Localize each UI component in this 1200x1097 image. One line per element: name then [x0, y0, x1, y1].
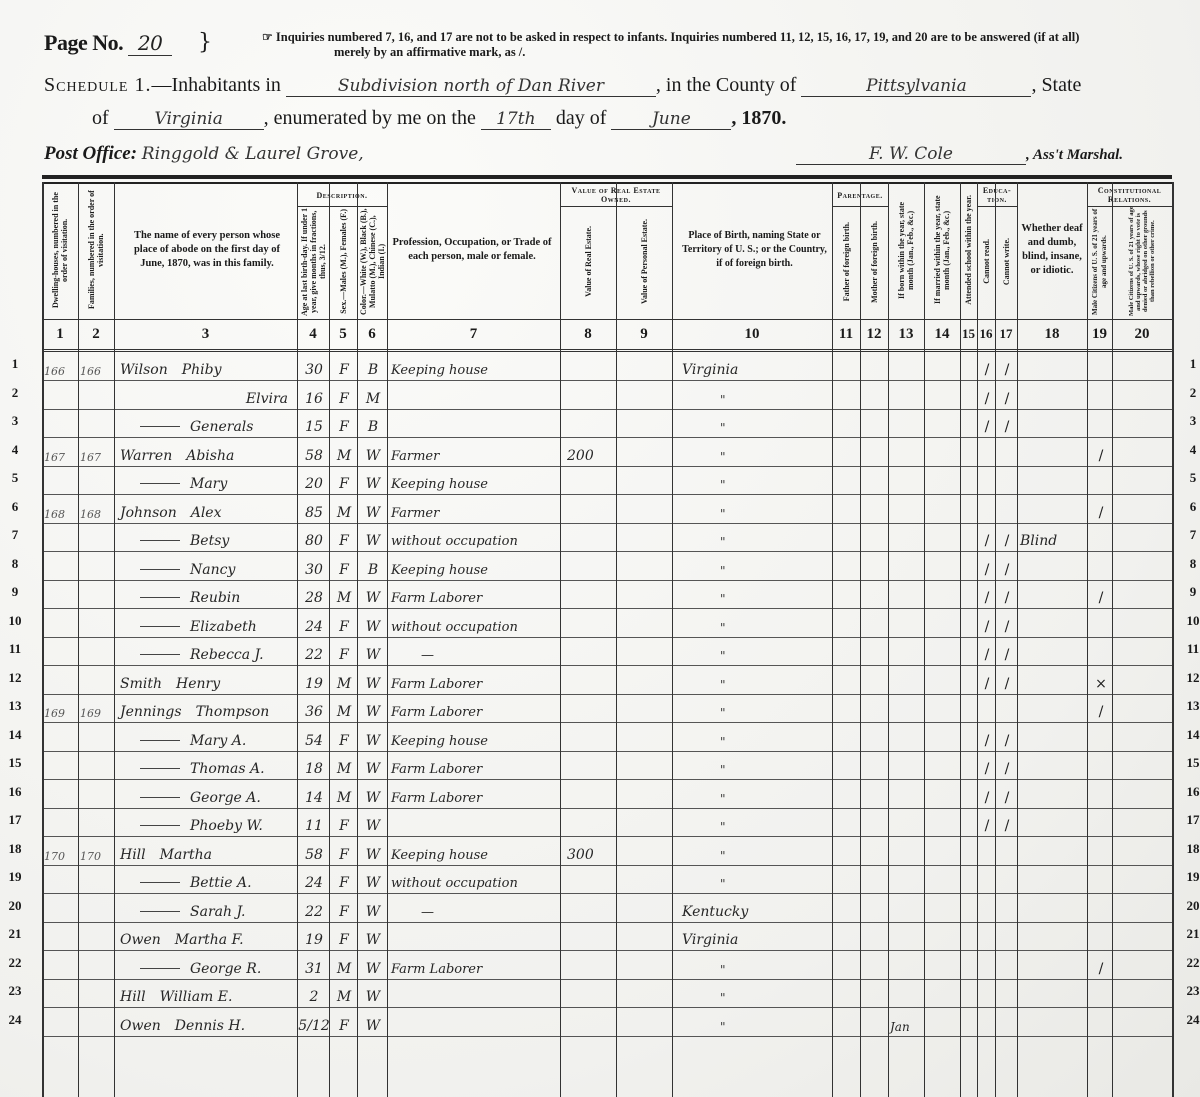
- cell-born-month: [890, 637, 924, 665]
- line-number-right: 16: [1178, 784, 1200, 800]
- cell-age: 5/12: [299, 1008, 329, 1036]
- cell-real-estate: [567, 1008, 616, 1036]
- header-occupation-label: Profession, Occupation, or Trade of each…: [392, 236, 552, 264]
- line-number-right: 4: [1178, 442, 1200, 458]
- cell-color: W: [359, 951, 387, 979]
- cell-sex: F: [331, 523, 357, 551]
- line-number-left: 5: [0, 470, 30, 486]
- cell-birthplace: Virginia: [682, 922, 832, 950]
- cell-age: 22: [299, 637, 329, 665]
- cell-infirmity: [1020, 466, 1087, 494]
- line-number-left: 12: [0, 670, 30, 686]
- cell-infirmity: [1020, 637, 1087, 665]
- cell-color: B: [359, 409, 387, 437]
- group-constitutional: Constitutional Relations.: [1087, 184, 1172, 207]
- surname: Wilson: [120, 362, 168, 378]
- value-sex: F: [339, 391, 349, 407]
- cell-real-estate: [567, 637, 616, 665]
- cell-birthplace: ": [682, 552, 832, 580]
- cell-name: Sarah J.: [120, 894, 296, 922]
- grid-vline: [977, 182, 978, 1097]
- value-occupation: Keeping house: [391, 734, 488, 749]
- table-row: 1818170170HillMartha58FWKeeping house300…: [42, 837, 1172, 866]
- cell-real-estate: 200: [567, 438, 616, 466]
- cell-dwelling: [44, 922, 78, 950]
- value-family: 166: [80, 365, 101, 378]
- cell-color: W: [359, 979, 387, 1007]
- cell-born-month: [890, 922, 924, 950]
- cell-birthplace: ": [682, 466, 832, 494]
- cell-age: 15: [299, 409, 329, 437]
- value-color: W: [366, 790, 380, 806]
- value-birthplace: ": [720, 820, 726, 834]
- cell-family: [80, 865, 114, 893]
- cell-family: [80, 979, 114, 1007]
- grid-vline: [1087, 182, 1088, 1097]
- cell-real-estate: [567, 865, 616, 893]
- colnum-20: 20: [1112, 319, 1172, 349]
- value-family: 168: [80, 508, 101, 521]
- surname: [140, 740, 180, 741]
- cell-dwelling: [44, 381, 78, 409]
- given-name: Rebecca J.: [190, 647, 264, 663]
- surname: [140, 569, 180, 570]
- value-cannot-write: /: [1005, 733, 1010, 749]
- cell-infirmity: [1020, 979, 1087, 1007]
- cell-occupation: without occupation: [391, 609, 560, 637]
- colnum-4: 4: [297, 319, 329, 349]
- cell-name: WarrenAbisha: [120, 438, 296, 466]
- value-cannot-write: /: [1005, 419, 1010, 435]
- value-color: W: [366, 619, 380, 635]
- cell-dwelling: [44, 552, 78, 580]
- cell-name: George A.: [120, 780, 296, 808]
- cell-citizen: [1090, 751, 1112, 779]
- value-sex: M: [337, 590, 351, 606]
- cell-cannot-read: [979, 922, 995, 950]
- cell-name: Mary A.: [120, 723, 296, 751]
- cell-color: W: [359, 894, 387, 922]
- value-cannot-read: /: [985, 647, 990, 663]
- cell-born-month: [890, 723, 924, 751]
- grid-vline: [832, 182, 833, 1097]
- value-occupation: Keeping house: [391, 563, 488, 578]
- cell-personal-estate: [618, 922, 672, 950]
- value-cannot-write: /: [1005, 818, 1010, 834]
- line-number-left: 14: [0, 727, 30, 743]
- cell-cannot-write: [997, 979, 1017, 1007]
- header-rule: [42, 175, 1172, 179]
- cell-sex: F: [331, 723, 357, 751]
- cell-citizen: [1090, 609, 1112, 637]
- cell-cannot-read: [979, 1008, 995, 1036]
- grid-vline: [960, 182, 961, 1097]
- marshal-signature-block: F. W. Cole, Ass't Marshal.: [796, 143, 1123, 165]
- cell-personal-estate: [618, 438, 672, 466]
- cell-family: 168: [80, 495, 114, 523]
- value-age: 14: [305, 790, 323, 806]
- cell-born-month: [890, 694, 924, 722]
- cell-sex: M: [331, 751, 357, 779]
- value-age: 80: [305, 533, 323, 549]
- line-number-right: 19: [1178, 869, 1200, 885]
- cell-age: 58: [299, 438, 329, 466]
- table-row: 44167167WarrenAbisha58MWFarmer200"/: [42, 438, 1172, 467]
- value-color: W: [366, 448, 380, 464]
- value-sex: F: [339, 476, 349, 492]
- cell-citizen: ×: [1090, 666, 1112, 694]
- cell-citizen: /: [1090, 694, 1112, 722]
- given-name: Thomas A.: [190, 761, 265, 777]
- grid-vline: [329, 182, 330, 1097]
- value-occupation: Farm Laborer: [391, 677, 482, 692]
- cell-born-month: [890, 438, 924, 466]
- cell-occupation: Farm Laborer: [391, 694, 560, 722]
- header-real-estate: Value of Real Estate.: [560, 206, 616, 317]
- value-birthplace: Virginia: [682, 362, 738, 378]
- cell-cannot-write: /: [997, 552, 1017, 580]
- cell-personal-estate: [618, 751, 672, 779]
- cell-occupation: Keeping house: [391, 552, 560, 580]
- cell-name: JohnsonAlex: [120, 495, 296, 523]
- value-birthplace: ": [720, 592, 726, 606]
- header-personal-estate: Value of Personal Estate.: [616, 206, 672, 317]
- cell-dwelling: 168: [44, 495, 78, 523]
- cell-age: 2: [299, 979, 329, 1007]
- colnum-3: 3: [114, 319, 297, 349]
- cell-occupation: Farmer: [391, 438, 560, 466]
- table-row: 55Mary20FWKeeping house": [42, 466, 1172, 495]
- cell-birthplace: ": [682, 381, 832, 409]
- cell-occupation: Keeping house: [391, 352, 560, 380]
- grid-vline: [357, 182, 358, 1097]
- cell-cannot-read: [979, 979, 995, 1007]
- line-number-left: 15: [0, 755, 30, 771]
- value-age: 19: [305, 676, 323, 692]
- header-cannot-write: Cannot write.: [995, 206, 1017, 317]
- value-cannot-read: /: [985, 790, 990, 806]
- header-birthplace: Place of Birth, naming State or Territor…: [682, 182, 827, 317]
- cell-age: 18: [299, 751, 329, 779]
- cell-real-estate: [567, 495, 616, 523]
- cell-born-month: [890, 609, 924, 637]
- cell-citizen: [1090, 723, 1112, 751]
- given-name: Phiby: [182, 362, 222, 378]
- cell-color: W: [359, 438, 387, 466]
- cell-cannot-write: /: [997, 723, 1017, 751]
- cell-name: Elizabeth: [120, 609, 296, 637]
- value-sex: F: [339, 932, 349, 948]
- cell-citizen: [1090, 523, 1112, 551]
- cell-family: 169: [80, 694, 114, 722]
- value-sex: F: [339, 562, 349, 578]
- value-family: 169: [80, 707, 101, 720]
- value-sex: M: [337, 676, 351, 692]
- cell-infirmity: [1020, 780, 1087, 808]
- value-cannot-read: /: [985, 818, 990, 834]
- value-citizen: /: [1099, 704, 1104, 720]
- cell-citizen: /: [1090, 438, 1112, 466]
- value-cannot-read: /: [985, 676, 990, 692]
- colnum-9: 9: [616, 319, 672, 349]
- value-birthplace: ": [720, 735, 726, 749]
- value-birthplace: ": [720, 564, 726, 578]
- cell-birthplace: ": [682, 751, 832, 779]
- value-sex: M: [337, 505, 351, 521]
- header-father-foreign-label: Father of foreign birth.: [842, 222, 851, 301]
- value-age: 5/12: [298, 1018, 329, 1034]
- cell-born-month: [890, 409, 924, 437]
- value-cannot-write: /: [1005, 790, 1010, 806]
- cell-real-estate: [567, 466, 616, 494]
- cell-personal-estate: [618, 979, 672, 1007]
- value-color: B: [368, 562, 378, 578]
- cell-personal-estate: [618, 352, 672, 380]
- marshal-signature: F. W. Cole: [796, 144, 1026, 165]
- value-citizen: /: [1099, 590, 1104, 606]
- table-row: 1515Thomas A.18MWFarm Laborer"//: [42, 751, 1172, 780]
- cell-color: W: [359, 466, 387, 494]
- value-sex: F: [339, 1018, 349, 1034]
- cell-born-month: [890, 780, 924, 808]
- cell-dwelling: [44, 894, 78, 922]
- table-row: 99Reubin28MWFarm Laborer"///: [42, 580, 1172, 609]
- cell-born-month: [890, 865, 924, 893]
- cell-cannot-write: /: [997, 409, 1017, 437]
- given-name: Reubin: [190, 590, 240, 606]
- given-name: Sarah J.: [190, 904, 245, 920]
- cell-infirmity: [1020, 666, 1087, 694]
- cell-dwelling: 169: [44, 694, 78, 722]
- cell-name: JenningsThompson: [120, 694, 296, 722]
- surname: Johnson: [120, 505, 177, 521]
- cell-cannot-read: [979, 438, 995, 466]
- value-birthplace: ": [720, 792, 726, 806]
- page-number: Page No. 20: [44, 30, 172, 56]
- line-number-right: 10: [1178, 613, 1200, 629]
- value-occupation: Keeping house: [391, 363, 488, 378]
- value-color: B: [368, 362, 378, 378]
- value-cannot-write: /: [1005, 676, 1010, 692]
- cell-born-month: [890, 979, 924, 1007]
- line-number-right: 24: [1178, 1012, 1200, 1028]
- cell-occupation: without occupation: [391, 865, 560, 893]
- cell-personal-estate: [618, 780, 672, 808]
- given-name: Nancy: [190, 562, 235, 578]
- value-birthplace: ": [720, 450, 726, 464]
- cell-color: W: [359, 609, 387, 637]
- colnum-17: 17: [995, 319, 1017, 349]
- value-occupation: Farm Laborer: [391, 762, 482, 777]
- surname: [140, 911, 180, 912]
- value-dwelling: 167: [44, 451, 65, 464]
- line-number-right: 1: [1178, 356, 1200, 372]
- cell-cannot-write: [997, 438, 1017, 466]
- cell-birthplace: ": [682, 979, 832, 1007]
- grid-vline: [1172, 182, 1174, 1097]
- grid-vline: [672, 182, 673, 1097]
- surname: [140, 797, 180, 798]
- value-citizen: /: [1099, 448, 1104, 464]
- value-age: 54: [305, 733, 323, 749]
- header-color: Color.—White (W.), Black (B.), Mulatto (…: [357, 206, 387, 317]
- line-number-left: 24: [0, 1012, 30, 1028]
- state-label: , State: [1031, 74, 1081, 96]
- given-name: Phoeby W.: [190, 818, 263, 834]
- cell-family: [80, 666, 114, 694]
- cell-sex: F: [331, 837, 357, 865]
- value-born-month: Jan: [890, 1020, 910, 1034]
- subdivision-field: Subdivision north of Dan River: [286, 76, 656, 97]
- value-sex: M: [337, 448, 351, 464]
- cell-dwelling: [44, 1008, 78, 1036]
- cell-cannot-read: /: [979, 666, 995, 694]
- value-birthplace: ": [720, 963, 726, 977]
- cell-family: [80, 1008, 114, 1036]
- header-mother-foreign: Mother of foreign birth.: [860, 206, 888, 317]
- grid-vline: [995, 182, 996, 1097]
- cell-cannot-write: [997, 894, 1017, 922]
- value-cannot-read: /: [985, 590, 990, 606]
- surname: Smith: [120, 676, 162, 692]
- line-number-right: 12: [1178, 670, 1200, 686]
- value-age: 16: [305, 391, 323, 407]
- header-sex-label: Sex.—Males (M.), Females (F.): [339, 209, 348, 314]
- cell-personal-estate: [618, 666, 672, 694]
- cell-cannot-read: [979, 837, 995, 865]
- cell-name: SmithHenry: [120, 666, 296, 694]
- cell-birthplace: ": [682, 723, 832, 751]
- value-family: 167: [80, 451, 101, 464]
- cell-sex: F: [331, 894, 357, 922]
- header-vote-denied-label: Male Citizens of U. S. of 21 years of ag…: [1128, 206, 1156, 317]
- cell-born-month: [890, 352, 924, 380]
- value-age: 36: [305, 704, 323, 720]
- cell-birthplace: ": [682, 951, 832, 979]
- given-name: William E.: [160, 989, 233, 1005]
- value-cannot-read: /: [985, 761, 990, 777]
- line-number-left: 3: [0, 413, 30, 429]
- cell-age: 20: [299, 466, 329, 494]
- cell-born-month: [890, 466, 924, 494]
- line-number-left: 2: [0, 385, 30, 401]
- line-number-right: 3: [1178, 413, 1200, 429]
- cell-color: W: [359, 666, 387, 694]
- value-color: W: [366, 989, 380, 1005]
- cell-personal-estate: [618, 894, 672, 922]
- value-sex: F: [339, 904, 349, 920]
- cell-birthplace: ": [682, 409, 832, 437]
- grid-vline: [387, 182, 388, 1097]
- cell-infirmity: [1020, 951, 1087, 979]
- cell-age: 58: [299, 837, 329, 865]
- cell-age: 80: [299, 523, 329, 551]
- value-age: 22: [305, 647, 323, 663]
- line-number-right: 20: [1178, 898, 1200, 914]
- given-name: Thompson: [196, 704, 270, 720]
- header-school-label: Attended school within the year.: [964, 195, 973, 305]
- grid-vline: [924, 182, 925, 1097]
- cell-sex: M: [331, 495, 357, 523]
- cell-dwelling: [44, 466, 78, 494]
- cell-name: OwenDennis H.: [120, 1008, 296, 1036]
- value-color: W: [366, 704, 380, 720]
- value-color: W: [366, 590, 380, 606]
- cell-birthplace: ": [682, 694, 832, 722]
- cell-cannot-write: [997, 865, 1017, 893]
- cell-infirmity: [1020, 894, 1087, 922]
- post-office-label: Post Office:: [44, 143, 137, 164]
- cell-name: Bettie A.: [120, 865, 296, 893]
- value-occupation: without occupation: [391, 534, 518, 549]
- line-number-left: 6: [0, 499, 30, 515]
- table-row: 2121OwenMartha F.19FWVirginia: [42, 922, 1172, 951]
- cell-birthplace: ": [682, 523, 832, 551]
- cell-cannot-read: /: [979, 723, 995, 751]
- given-name: Generals: [190, 419, 253, 435]
- value-sex: F: [339, 647, 349, 663]
- header-occupation: Profession, Occupation, or Trade of each…: [392, 182, 552, 317]
- value-sex: F: [339, 875, 349, 891]
- cell-personal-estate: [618, 1008, 672, 1036]
- cell-infirmity: [1020, 438, 1087, 466]
- surname: [140, 882, 180, 883]
- table-row: 88Nancy30FBKeeping house"//: [42, 552, 1172, 581]
- cell-birthplace: ": [682, 666, 832, 694]
- cell-age: 30: [299, 352, 329, 380]
- cell-infirmity: Blind: [1020, 523, 1087, 551]
- colnum-6: 6: [357, 319, 387, 349]
- schedule-line: Schedule 1.—Inhabitants in Subdivision n…: [44, 74, 1174, 97]
- cell-age: 24: [299, 609, 329, 637]
- county-field: Pittsylvania: [801, 76, 1031, 97]
- cell-personal-estate: [618, 495, 672, 523]
- value-cannot-read: /: [985, 619, 990, 635]
- cell-sex: F: [331, 808, 357, 836]
- cell-cannot-write: /: [997, 780, 1017, 808]
- header-cannot-write-label: Cannot write.: [1002, 238, 1011, 285]
- census-page: Page No. 20 } ☞ Inquiries numbered 7, 16…: [0, 0, 1200, 1097]
- cell-dwelling: [44, 723, 78, 751]
- cell-citizen: [1090, 837, 1112, 865]
- cell-real-estate: [567, 922, 616, 950]
- value-age: 28: [305, 590, 323, 606]
- header-mother-foreign-label: Mother of foreign birth.: [870, 221, 879, 303]
- cell-cannot-write: /: [997, 523, 1017, 551]
- cell-real-estate: [567, 894, 616, 922]
- line-number-right: 5: [1178, 470, 1200, 486]
- colnum-11: 11: [832, 319, 860, 349]
- value-citizen: /: [1099, 505, 1104, 521]
- cell-personal-estate: [618, 723, 672, 751]
- value-cannot-write: /: [1005, 562, 1010, 578]
- cell-occupation: Farm Laborer: [391, 751, 560, 779]
- line-number-left: 20: [0, 898, 30, 914]
- cell-cannot-read: /: [979, 523, 995, 551]
- cell-born-month: [890, 666, 924, 694]
- value-birthplace: ": [720, 706, 726, 720]
- value-occupation: without occupation: [391, 620, 518, 635]
- value-birthplace: ": [720, 991, 726, 1005]
- value-occupation: Keeping house: [391, 477, 488, 492]
- value-color: W: [366, 818, 380, 834]
- cell-personal-estate: [618, 609, 672, 637]
- cell-cannot-write: [997, 1008, 1017, 1036]
- given-name: George R.: [190, 961, 261, 977]
- value-citizen: /: [1099, 961, 1104, 977]
- value-color: M: [366, 391, 380, 407]
- instructions-notice: ☞ Inquiries numbered 7, 16, and 17 are n…: [262, 30, 1182, 60]
